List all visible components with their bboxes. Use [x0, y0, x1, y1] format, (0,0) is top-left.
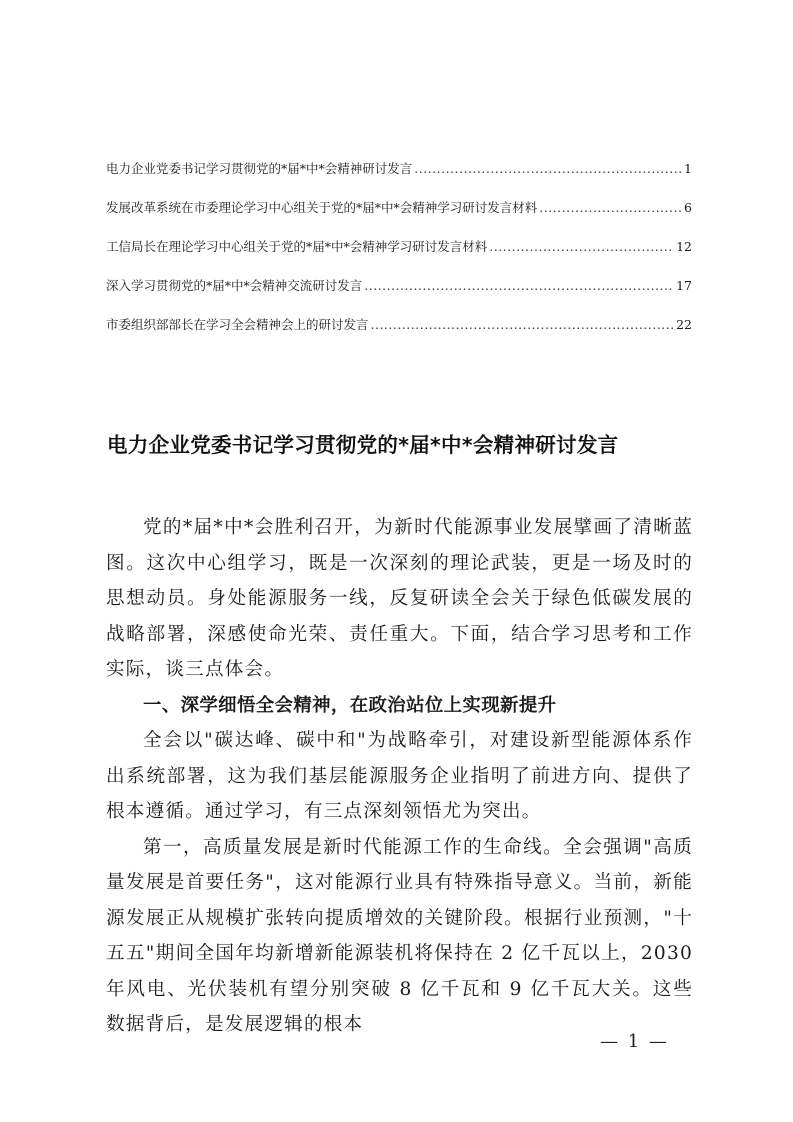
toc-entry[interactable]: 市委组织部部长在学习全会精神会上的研讨发言 22: [106, 317, 692, 356]
toc-entry-title: 深入学习贯彻党的*届*中*会精神交流研讨发言: [106, 278, 362, 294]
toc-entry-page: 6: [684, 200, 692, 216]
toc-entry-page: 22: [676, 317, 692, 333]
section-heading: 一、深学细悟全会精神，在政治站位上实现新提升: [106, 688, 693, 724]
toc-entry-page: 17: [676, 278, 692, 294]
document-body: 党的*届*中*会胜利召开，为新时代能源事业发展擘画了清晰蓝图。这次中心组学习，既…: [106, 510, 693, 1043]
toc-entry[interactable]: 深入学习贯彻党的*届*中*会精神交流研讨发言 17: [106, 278, 692, 317]
toc-entry-title: 市委组织部部长在学习全会精神会上的研讨发言: [106, 317, 369, 333]
page-number: — 1 —: [600, 1031, 669, 1052]
toc-entry[interactable]: 工信局长在理论学习中心组关于党的*届*中*会精神学习研讨发言材料 12: [106, 239, 692, 278]
document-title: 电力企业党委书记学习贯彻党的*届*中*会精神研讨发言: [107, 428, 618, 458]
toc-leader-dots: [371, 317, 675, 333]
body-paragraph: 全会以"碳达峰、碳中和"为战略牵引，对建设新型能源体系作出系统部署，这为我们基层…: [106, 723, 693, 830]
toc-entry-title: 电力企业党委书记学习贯彻党的*届*中*会精神研讨发言: [106, 161, 412, 177]
toc-leader-dots: [489, 239, 674, 255]
body-paragraph: 第一，高质量发展是新时代能源工作的生命线。全会强调"高质量发展是首要任务"，这对…: [106, 830, 693, 1043]
toc-entry-page: 12: [676, 239, 692, 255]
toc-entry[interactable]: 发展改革系统在市委理论学习中心组关于党的*届*中*会精神学习研讨发言材料 6: [106, 200, 692, 239]
toc-entry-page: 1: [684, 161, 692, 177]
toc-leader-dots: [539, 200, 682, 216]
body-paragraph: 党的*届*中*会胜利召开，为新时代能源事业发展擘画了清晰蓝图。这次中心组学习，既…: [106, 510, 693, 688]
toc-entry-title: 发展改革系统在市委理论学习中心组关于党的*届*中*会精神学习研讨发言材料: [106, 200, 537, 216]
toc-entry[interactable]: 电力企业党委书记学习贯彻党的*届*中*会精神研讨发言 1: [106, 161, 692, 200]
toc-leader-dots: [414, 161, 682, 177]
table-of-contents: 电力企业党委书记学习贯彻党的*届*中*会精神研讨发言 1 发展改革系统在市委理论…: [106, 161, 692, 356]
toc-entry-title: 工信局长在理论学习中心组关于党的*届*中*会精神学习研讨发言材料: [106, 239, 487, 255]
toc-leader-dots: [364, 278, 674, 294]
